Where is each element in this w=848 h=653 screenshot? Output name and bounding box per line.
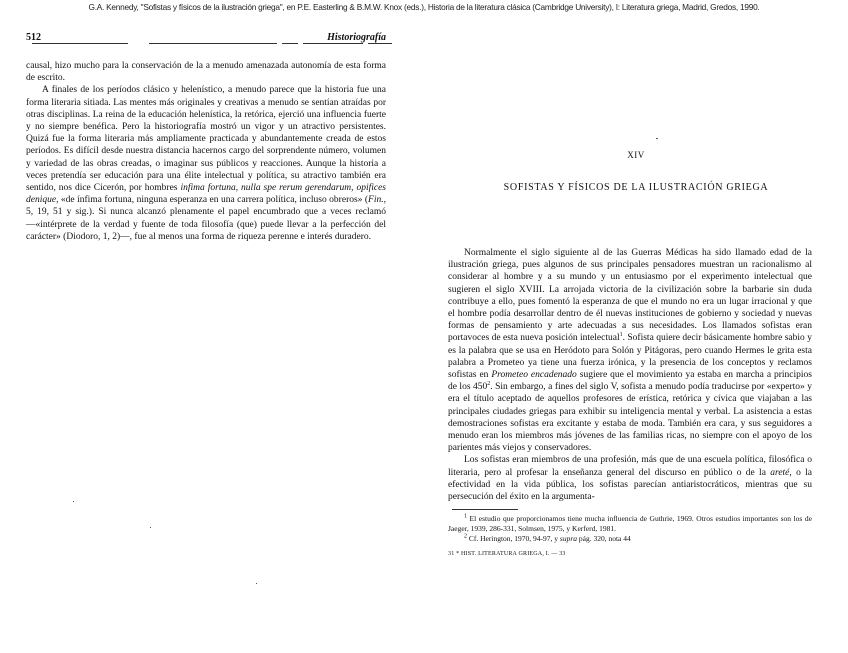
paragraph-text: «de ínfima fortuna, ninguna esperanza en…	[58, 195, 368, 205]
scan-speck	[73, 501, 74, 502]
header-rule	[32, 43, 128, 44]
paragraph: Normalmente el siglo siguiente al de las…	[448, 247, 812, 454]
right-page: XIV SOFISTAS Y FÍSICOS DE LA ILUSTRACIÓN…	[448, 150, 812, 557]
footnote-text: pág. 320, nota 44	[577, 534, 631, 543]
citation-abbrev: Fin.	[368, 195, 384, 205]
paragraph-text: Normalmente el siglo siguiente al de las…	[448, 248, 812, 343]
footnote-text: El estudio que proporcionamos tiene much…	[448, 514, 812, 533]
paragraph: A finales de los períodos clásico y hele…	[26, 84, 386, 243]
paragraph-text: A finales de los períodos clásico y hele…	[26, 85, 386, 193]
right-page-body: Normalmente el siglo siguiente al de las…	[448, 247, 812, 503]
greek-term: areté	[770, 468, 789, 478]
page-number: 512	[26, 32, 41, 43]
header-rule	[303, 43, 363, 44]
chapter-title: SOFISTAS Y FÍSICOS DE LA ILUSTRACIÓN GRI…	[448, 182, 812, 193]
paragraph: causal, hizo mucho para la conservación …	[26, 60, 386, 84]
header-rule	[149, 43, 277, 44]
scan-speck	[150, 527, 151, 528]
footnotes: 1 El estudio que proporcionamos tiene mu…	[448, 514, 812, 544]
paragraph-text: . Sin embargo, a fines del siglo V, sofi…	[448, 382, 812, 453]
citation-caption: G.A. Kennedy, "Sofistas y físicos de la …	[0, 2, 848, 12]
scan-speck	[656, 138, 658, 139]
footnote-text: Cf. Herington, 1970, 94-97, y	[467, 534, 560, 543]
printer-signature: 31 * HIST. LITERATURA GRIEGA, I. — 33	[448, 551, 812, 557]
footnote-em: supra	[560, 534, 577, 543]
paragraph: Los sofistas eran miembros de una profes…	[448, 454, 812, 503]
running-head: 512 Historiografía	[26, 32, 386, 62]
header-rule	[368, 43, 392, 44]
left-page-body: causal, hizo mucho para la conservación …	[26, 60, 386, 243]
left-page: 512 Historiografía causal, hizo mucho pa…	[26, 32, 386, 243]
chapter-number: XIV	[448, 150, 812, 160]
footnote: 1 El estudio que proporcionamos tiene mu…	[448, 514, 812, 534]
footnote: 2 Cf. Herington, 1970, 94-97, y supra pá…	[448, 534, 812, 544]
header-rule	[282, 43, 298, 44]
paragraph-text: Los sofistas eran miembros de una profes…	[448, 455, 812, 477]
footnote-rule	[452, 509, 518, 510]
scan-speck	[256, 583, 257, 584]
running-title: Historiografía	[327, 32, 386, 43]
work-title: Prometeo encadenado	[491, 370, 576, 380]
